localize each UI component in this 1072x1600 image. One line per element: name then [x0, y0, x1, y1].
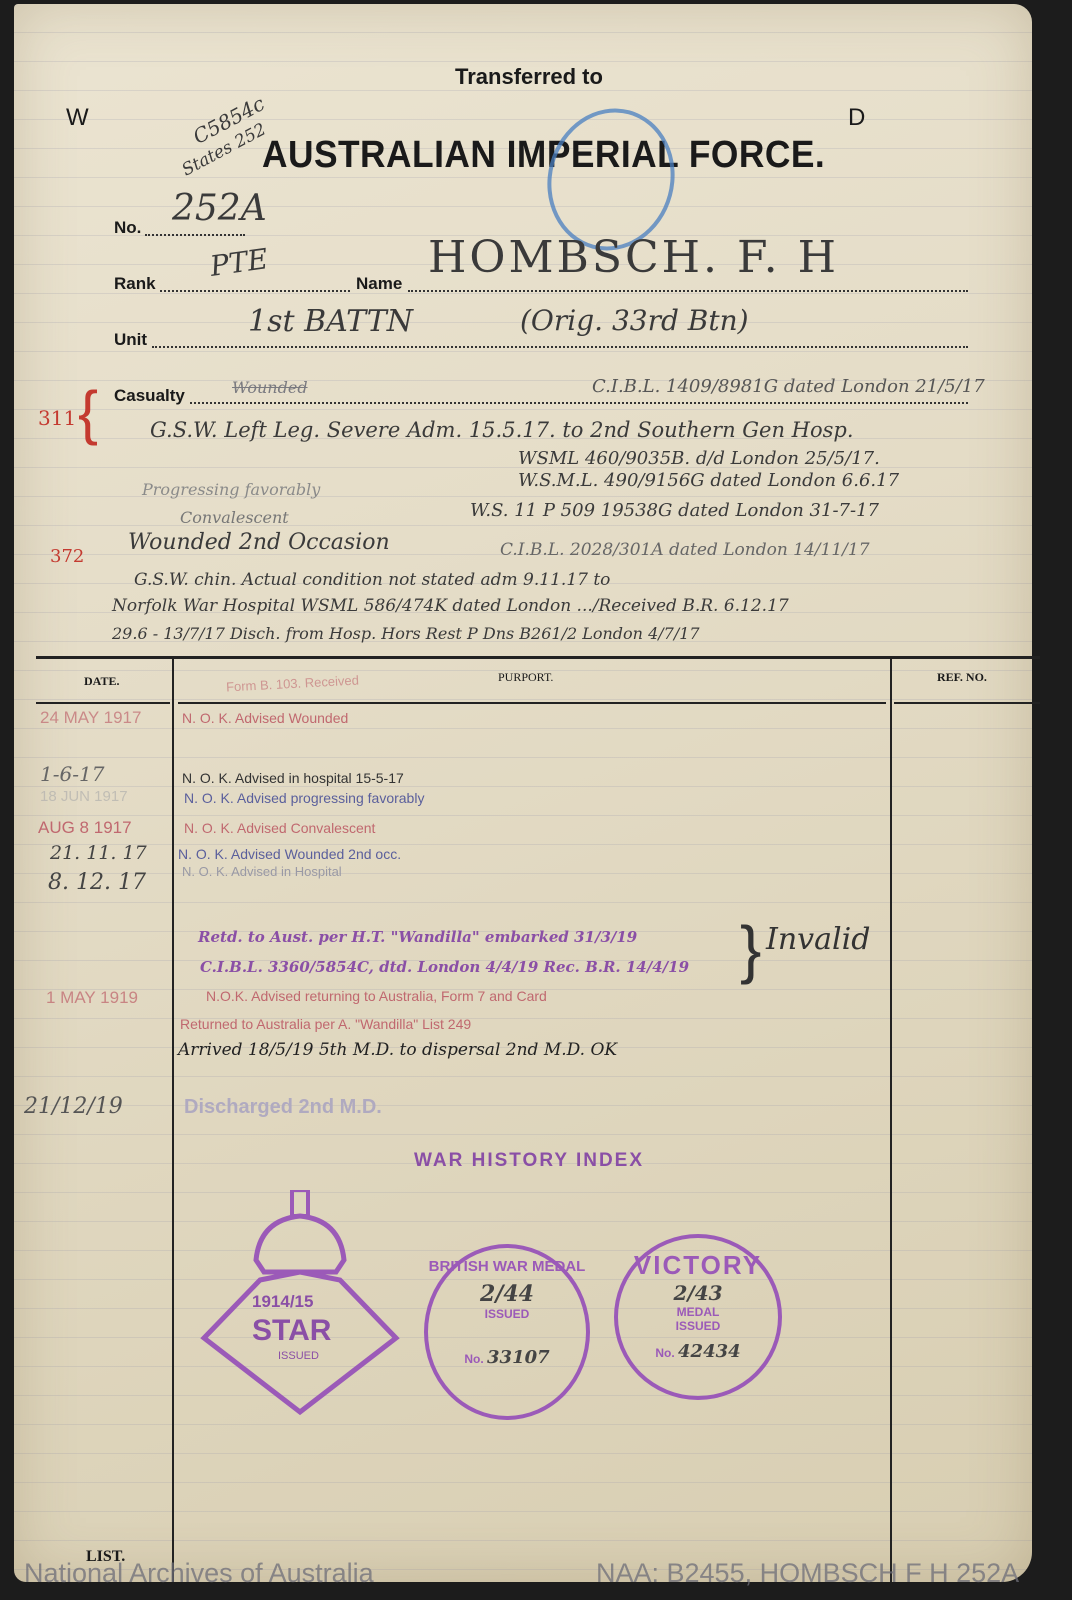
document-title: AUSTRALIAN IMPERIAL FORCE.: [262, 134, 825, 177]
watermark-right: NAA: B2455, HOMBSCH F H 252A: [596, 1558, 1019, 1589]
casualty-entry-7: G.S.W. chin. Actual condition not stated…: [134, 570, 610, 590]
margin-number-2: 372: [50, 546, 84, 567]
victory-no-label: No.: [655, 1346, 674, 1360]
margin-number-1: 311: [38, 406, 76, 430]
row-1-purport: N. O. K. Advised Wounded: [182, 710, 348, 726]
invalid-note: Invalid: [766, 922, 870, 957]
row-4-purport: N. O. K. Advised Convalescent: [184, 820, 375, 836]
bwm-name: BRITISH WAR MEDAL: [428, 1258, 586, 1275]
no-value: 252A: [172, 188, 267, 229]
unit-label: Unit: [114, 330, 147, 350]
casualty-entry-3: WSML 460/9035B. d/d London 25/5/17.: [518, 448, 880, 469]
table-header-rule-ref: [894, 702, 1040, 704]
row-10-purport: Returned to Australia per A. "Wandilla" …: [180, 1016, 471, 1032]
star-status: ISSUED: [278, 1350, 319, 1362]
casualty-entry-8: Norfolk War Hospital WSML 586/474K dated…: [112, 596, 789, 616]
casualty-value: Wounded: [232, 378, 308, 397]
casualty-label-convalescent: Convalescent: [180, 508, 289, 527]
name-label: Name: [356, 274, 402, 294]
corner-letter-right: D: [848, 104, 865, 132]
row-7-purport: Retd. to Aust. per H.T. "Wandilla" embar…: [198, 928, 637, 946]
casualty-entry-2: G.S.W. Left Leg. Severe Adm. 15.5.17. to…: [150, 418, 854, 442]
casualty-label-wounded-2nd: Wounded 2nd Occasion: [128, 530, 390, 555]
table-column-divider-2: [890, 656, 892, 1582]
casualty-entry-6: C.I.B.L. 2028/301A dated London 14/11/17: [500, 540, 870, 560]
table-header-ref: REF. NO.: [937, 670, 987, 685]
victory-status-2: ISSUED: [618, 1319, 778, 1333]
unit-original-note: (Orig. 33rd Btn): [520, 304, 749, 337]
table-column-divider-1: [172, 656, 174, 1582]
unit-value: 1st BATTN: [248, 304, 413, 339]
rank-line: [160, 290, 350, 292]
casualty-label-progressing: Progressing favorably: [142, 480, 320, 499]
row-2-purport: N. O. K. Advised in hospital 15-5-17: [182, 770, 404, 786]
name-line: [408, 290, 968, 292]
row-5-purport: N. O. K. Advised Wounded 2nd occ.: [178, 846, 401, 862]
british-war-medal-stamp: BRITISH WAR MEDAL 2/44 ISSUED No. 33107: [424, 1244, 590, 1420]
row-1-date: 24 MAY 1917: [40, 708, 141, 728]
row-3-purport: N. O. K. Advised progressing favorably: [184, 790, 424, 806]
row-9-date: 1 MAY 1919: [46, 988, 138, 1008]
grouping-brace: }: [740, 912, 761, 986]
casualty-label: Casualty: [114, 386, 185, 406]
row-3-date: 18 JUN 1917: [40, 788, 128, 805]
casualty-entry-9: 29.6 - 13/7/17 Disch. from Hosp. Hors Re…: [112, 624, 700, 643]
row-5-date: 21. 11. 17: [50, 842, 147, 864]
table-header-rule-date: [36, 702, 170, 704]
watermark-left: National Archives of Australia: [24, 1558, 374, 1589]
victory-status-1: MEDAL: [618, 1305, 778, 1319]
victory-issue: 2/43: [618, 1281, 778, 1305]
row-2-date: 1-6-17: [40, 762, 104, 786]
victory-name: VICTORY: [618, 1250, 778, 1281]
bwm-number: 33107: [487, 1347, 550, 1368]
bwm-status: ISSUED: [428, 1307, 586, 1321]
row-6-date: 8. 12. 17: [48, 870, 146, 895]
victory-number: 42434: [678, 1341, 741, 1362]
table-header-date: DATE.: [84, 674, 119, 689]
margin-brace: {: [78, 378, 98, 447]
row-11-purport: Arrived 18/5/19 5th M.D. to dispersal 2n…: [178, 1040, 617, 1060]
star-years: 1914/15: [252, 1292, 313, 1312]
corner-letter-left: W: [66, 104, 89, 132]
casualty-line: [190, 402, 968, 404]
casualty-entry-1: C.I.B.L. 1409/8981G dated London 21/5/17: [592, 376, 985, 397]
unit-line: [152, 346, 968, 348]
star-name: STAR: [252, 1314, 331, 1348]
row-6-purport: N. O. K. Advised in Hospital: [182, 864, 342, 879]
name-value: HOMBSCH. F. H: [428, 232, 839, 283]
war-history-index-stamp: WAR HISTORY INDEX: [414, 1150, 644, 1172]
row-12-purport: Discharged 2nd M.D.: [184, 1096, 382, 1119]
no-label: No.: [114, 218, 141, 238]
star-medal-stamp: 1914/15 STAR ISSUED: [200, 1190, 400, 1430]
casualty-entry-5: W.S. 11 P 509 19538G dated London 31-7-1…: [470, 500, 879, 521]
table-header-rule-purport: [178, 702, 886, 704]
no-line: [145, 234, 245, 236]
bwm-no-label: No.: [464, 1352, 483, 1366]
row-8-purport: C.I.B.L. 3360/5854C, dtd. London 4/4/19 …: [200, 958, 689, 976]
bwm-issue: 2/44: [428, 1281, 586, 1307]
casualty-entry-4: W.S.M.L. 490/9156G dated London 6.6.17: [518, 470, 899, 491]
victory-medal-stamp: VICTORY 2/43 MEDAL ISSUED No. 42434: [614, 1234, 782, 1400]
row-12-date: 21/12/19: [24, 1094, 123, 1119]
rank-label: Rank: [114, 274, 156, 294]
row-4-date: AUG 8 1917: [38, 818, 132, 838]
transferred-to-label: Transferred to: [455, 64, 603, 90]
table-header-purport: PURPORT.: [498, 670, 553, 685]
row-9-purport: N.O.K. Advised returning to Australia, F…: [206, 988, 547, 1004]
